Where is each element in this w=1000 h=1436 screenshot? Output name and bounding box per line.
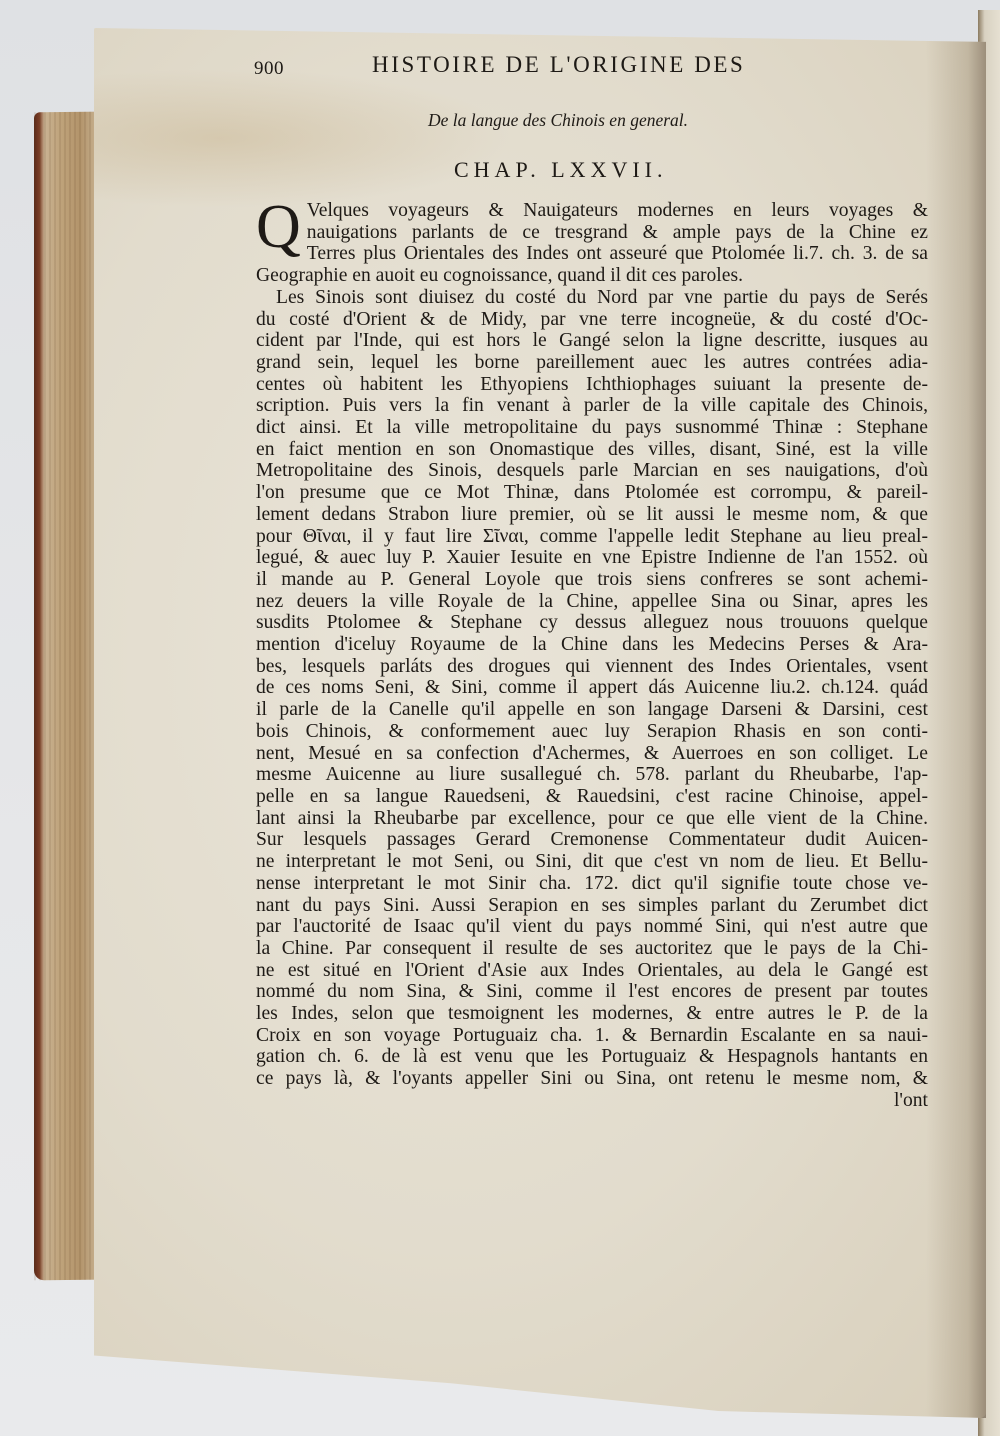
text-line: lement dedans Strabon liure premier, où … [256, 504, 928, 526]
drop-cap: Q [256, 204, 301, 250]
paragraph-2: Les Sinois sont diuisez du costé du Nord… [256, 287, 928, 1090]
text-line: il parle de la Canelle qu'il appelle en … [256, 699, 928, 721]
text-line: pelle en sa langue Rauedseni, & Rauedsin… [256, 786, 928, 808]
text-line: pour Θῖναι, il y faut lire Σῖναι, comme … [256, 526, 928, 548]
text-line: nent, Mesué en sa confection d'Achermes,… [256, 743, 928, 765]
text-line: ce pays là, & l'oyants appeller Sini ou … [256, 1068, 928, 1090]
text-line: nauigations parlants de ce tresgrand & a… [256, 222, 928, 244]
book-fore-edge [34, 112, 100, 1281]
catchword: l'ont [256, 1090, 928, 1112]
text-line: du costé d'Orient & de Midy, par vne ter… [256, 309, 928, 331]
text-line: Geographie en auoit eu cognoissance, qua… [256, 265, 928, 287]
text-line: de ces noms Seni, & Sini, comme il apper… [256, 677, 928, 699]
water-stain [94, 68, 514, 208]
chapter-heading: CHAP. LXXVII. [454, 157, 668, 183]
text-line: cident par l'Inde, qui est hors le Gangé… [256, 330, 928, 352]
paragraph-1: Q Velques voyageurs & Nauigateurs modern… [256, 200, 928, 287]
text-line: Terres plus Orientales des Indes ont ass… [256, 243, 928, 265]
text-line: lant ainsi la Rheubarbe par excellence, … [256, 808, 928, 830]
body-text: Q Velques voyageurs & Nauigateurs modern… [256, 200, 928, 1112]
text-line: l'on presume que ce Mot Thinæ, dans Ptol… [256, 482, 928, 504]
text-line: il mande au P. General Loyole que trois … [256, 569, 928, 591]
text-line: Croix en son voyage Portuguaiz cha. 1. &… [256, 1025, 928, 1047]
text-line: Les Sinois sont diuisez du costé du Nord… [256, 287, 928, 309]
page-number: 900 [254, 58, 284, 80]
text-line: Sur lesquels passages Gerard Cremonense … [256, 829, 928, 851]
text-line: mention d'iceluy Royaume de la Chine dan… [256, 634, 928, 656]
text-line: scription. Puis vers la fin venant à par… [256, 395, 928, 417]
text-line: legué, & auec luy P. Xauier Iesuite en v… [256, 547, 928, 569]
text-line: centes où habitent les Ethyopiens Ichthi… [256, 374, 928, 396]
text-line: grand sein, lequel les borne pareillemen… [256, 352, 928, 374]
text-line: les Indes, selon que tesmoignent les mod… [256, 1003, 928, 1025]
text-line: en faict mention en son Onomastique des … [256, 439, 928, 461]
text-line: la Chine. Par consequent il resulte de s… [256, 938, 928, 960]
text-line: bois Chinois, & conformement auec luy Se… [256, 721, 928, 743]
text-line: nense interpretant le mot Sinir cha. 172… [256, 873, 928, 895]
text-line: ne est situé en l'Orient d'Asie aux Inde… [256, 960, 928, 982]
running-title: HISTOIRE DE L'ORIGINE DES [372, 52, 745, 78]
text-line: susdits Ptolomee & Stephane cy dessus al… [256, 612, 928, 634]
section-title: De la langue des Chinois en general. [428, 110, 688, 131]
text-line: nant du pays Sini. Aussi Serapion en ses… [256, 895, 928, 917]
text-line: Metropolitaine des Sinois, desquels parl… [256, 460, 928, 482]
text-line: dict ainsi. Et la ville metropolitaine d… [256, 417, 928, 439]
page-content: 900 HISTOIRE DE L'ORIGINE DES De la lang… [256, 52, 928, 86]
text-line: mesme Auicenne au liure susallegué ch. 5… [256, 764, 928, 786]
text-line: nez deuers la ville Royale de la Chine, … [256, 591, 928, 613]
text-line: gation ch. 6. de là est venu que les Por… [256, 1046, 928, 1068]
text-line: ne interpretant le mot Seni, ou Sini, di… [256, 851, 928, 873]
text-line: bes, lesquels parláts des drogues qui vi… [256, 656, 928, 678]
text-line: nommé du nom Sina, & Sini, comme il l'es… [256, 981, 928, 1003]
running-head: 900 HISTOIRE DE L'ORIGINE DES [256, 52, 928, 86]
text-line: par l'auctorité de Isaac qu'il vient du … [256, 916, 928, 938]
text-line: Velques voyageurs & Nauigateurs modernes… [256, 200, 928, 222]
